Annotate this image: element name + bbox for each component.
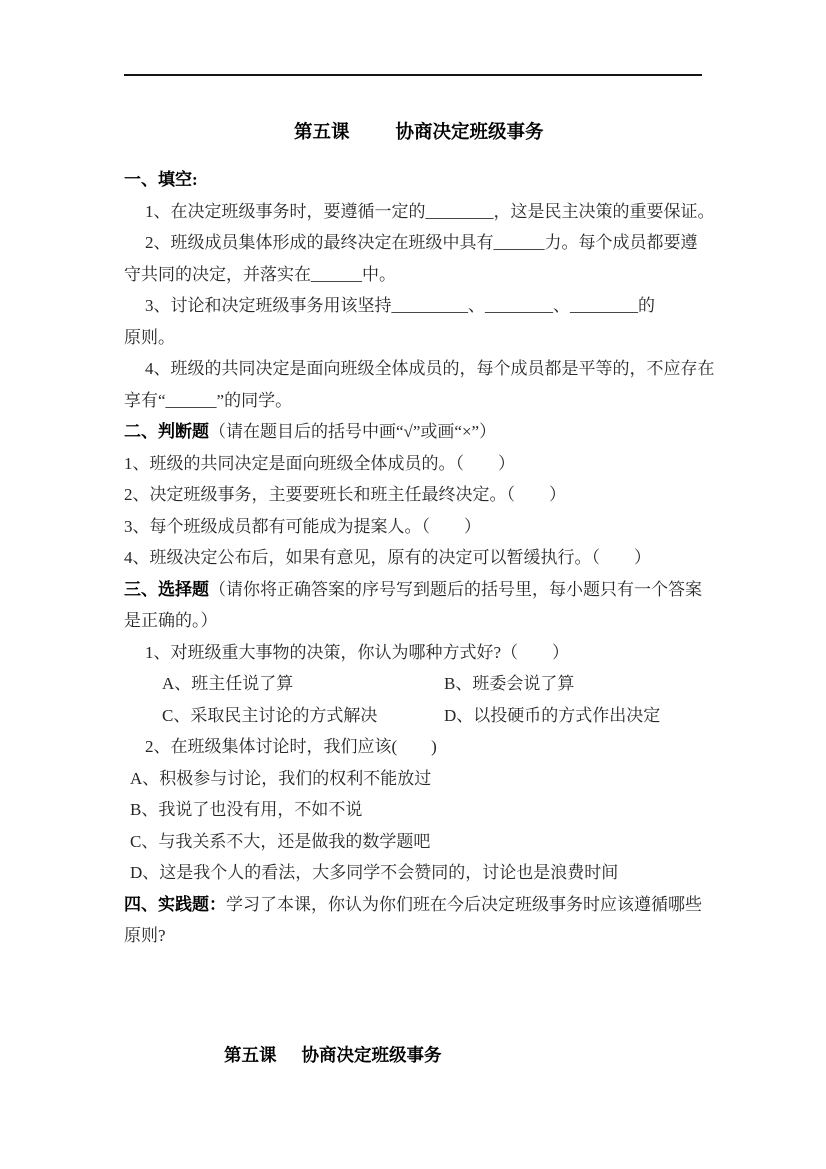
choice-q2-option-a: A、积极参与讨论，我们的权利不能放过	[124, 763, 702, 795]
top-rule	[124, 0, 702, 76]
choice-q1-option-b: B、班委会说了算	[444, 674, 574, 693]
document-body: 一、填空: 1、在决定班级事务时，要遵循一定的________，这是民主决策的重…	[124, 164, 702, 952]
choice-q2-option-b: B、我说了也没有用，不如不说	[124, 794, 702, 826]
footer-title-lesson-number: 第五课	[224, 1045, 277, 1065]
section1-header: 一、填空:	[124, 164, 702, 196]
footer-title-text: 协商决定班级事务	[302, 1045, 442, 1065]
page-title-text: 协商决定班级事务	[396, 123, 544, 143]
choice-q1-options-row2: C、采取民主讨论的方式解决D、以投硬币的方式作出决定	[124, 700, 702, 732]
footer-title: 第五课协商决定班级事务	[124, 1041, 702, 1069]
fill-q4-line2: 享有“______”的同学。	[124, 385, 702, 417]
page-title: 第五课协商决定班级事务	[124, 119, 702, 147]
choice-q1-option-a: A、班主任说了算	[162, 668, 444, 700]
fill-q1: 1、在决定班级事务时，要遵循一定的________，这是民主决策的重要保证。	[124, 196, 702, 228]
choice-q2-option-d: D、这是我个人的看法，大多同学不会赞同的，讨论也是浪费时间	[124, 857, 702, 889]
document-page: 第五课协商决定班级事务 一、填空: 1、在决定班级事务时，要遵循一定的_____…	[0, 0, 826, 1169]
section2-header-title: 二、判断题	[124, 422, 209, 441]
section2-header: 二、判断题（请在题目后的括号中画“√”或画“×”）	[124, 416, 702, 448]
section3-header-wrap: 是正确的。）	[124, 605, 702, 637]
fill-q4-line1: 4、班级的共同决定是面向班级全体成员的，每个成员都是平等的，不应存在	[124, 353, 702, 385]
section3-header-title: 三、选择题	[124, 580, 209, 599]
section3-header: 三、选择题（请你将正确答案的序号写到题后的括号里，每小题只有一个答案	[124, 574, 702, 606]
section4-wrap: 原则?	[124, 920, 702, 952]
section3-header-note: （请你将正确答案的序号写到题后的括号里，每小题只有一个答案	[209, 580, 702, 599]
section4-header-text: 学习了本课，你认为你们班在今后决定班级事务时应该遵循哪些	[226, 895, 702, 914]
choice-q1-option-d: D、以投硬币的方式作出决定	[444, 706, 660, 725]
choice-q2: 2、在班级集体讨论时，我们应该( )	[124, 731, 702, 763]
judge-q4: 4、班级决定公布后，如果有意见，原有的决定可以暂缓执行。（ ）	[124, 542, 702, 574]
section4-header-title: 四、实践题：	[124, 895, 226, 914]
judge-q1: 1、班级的共同决定是面向班级全体成员的。（ ）	[124, 448, 702, 480]
choice-q1-options-row1: A、班主任说了算B、班委会说了算	[124, 668, 702, 700]
fill-q3-line1: 3、讨论和决定班级事务用该坚持_________、________、______…	[124, 290, 702, 322]
fill-q2-line2: 守共同的决定，并落实在______中。	[124, 259, 702, 291]
judge-q2: 2、决定班级事务，主要要班长和班主任最终决定。（ ）	[124, 479, 702, 511]
choice-q2-option-c: C、与我关系不大，还是做我的数学题吧	[124, 826, 702, 858]
judge-q3: 3、每个班级成员都有可能成为提案人。（ ）	[124, 511, 702, 543]
page-title-lesson-number: 第五课	[294, 123, 350, 143]
section2-header-note: （请在题目后的括号中画“√”或画“×”）	[209, 422, 496, 441]
fill-q3-line2: 原则。	[124, 322, 702, 354]
fill-q2-line1: 2、班级成员集体形成的最终决定在班级中具有______力。每个成员都要遵	[124, 227, 702, 259]
section4-header: 四、实践题：学习了本课，你认为你们班在今后决定班级事务时应该遵循哪些	[124, 889, 702, 921]
choice-q1-option-c: C、采取民主讨论的方式解决	[162, 700, 444, 732]
choice-q1: 1、对班级重大事物的决策，你认为哪种方式好?（ ）	[124, 637, 702, 669]
